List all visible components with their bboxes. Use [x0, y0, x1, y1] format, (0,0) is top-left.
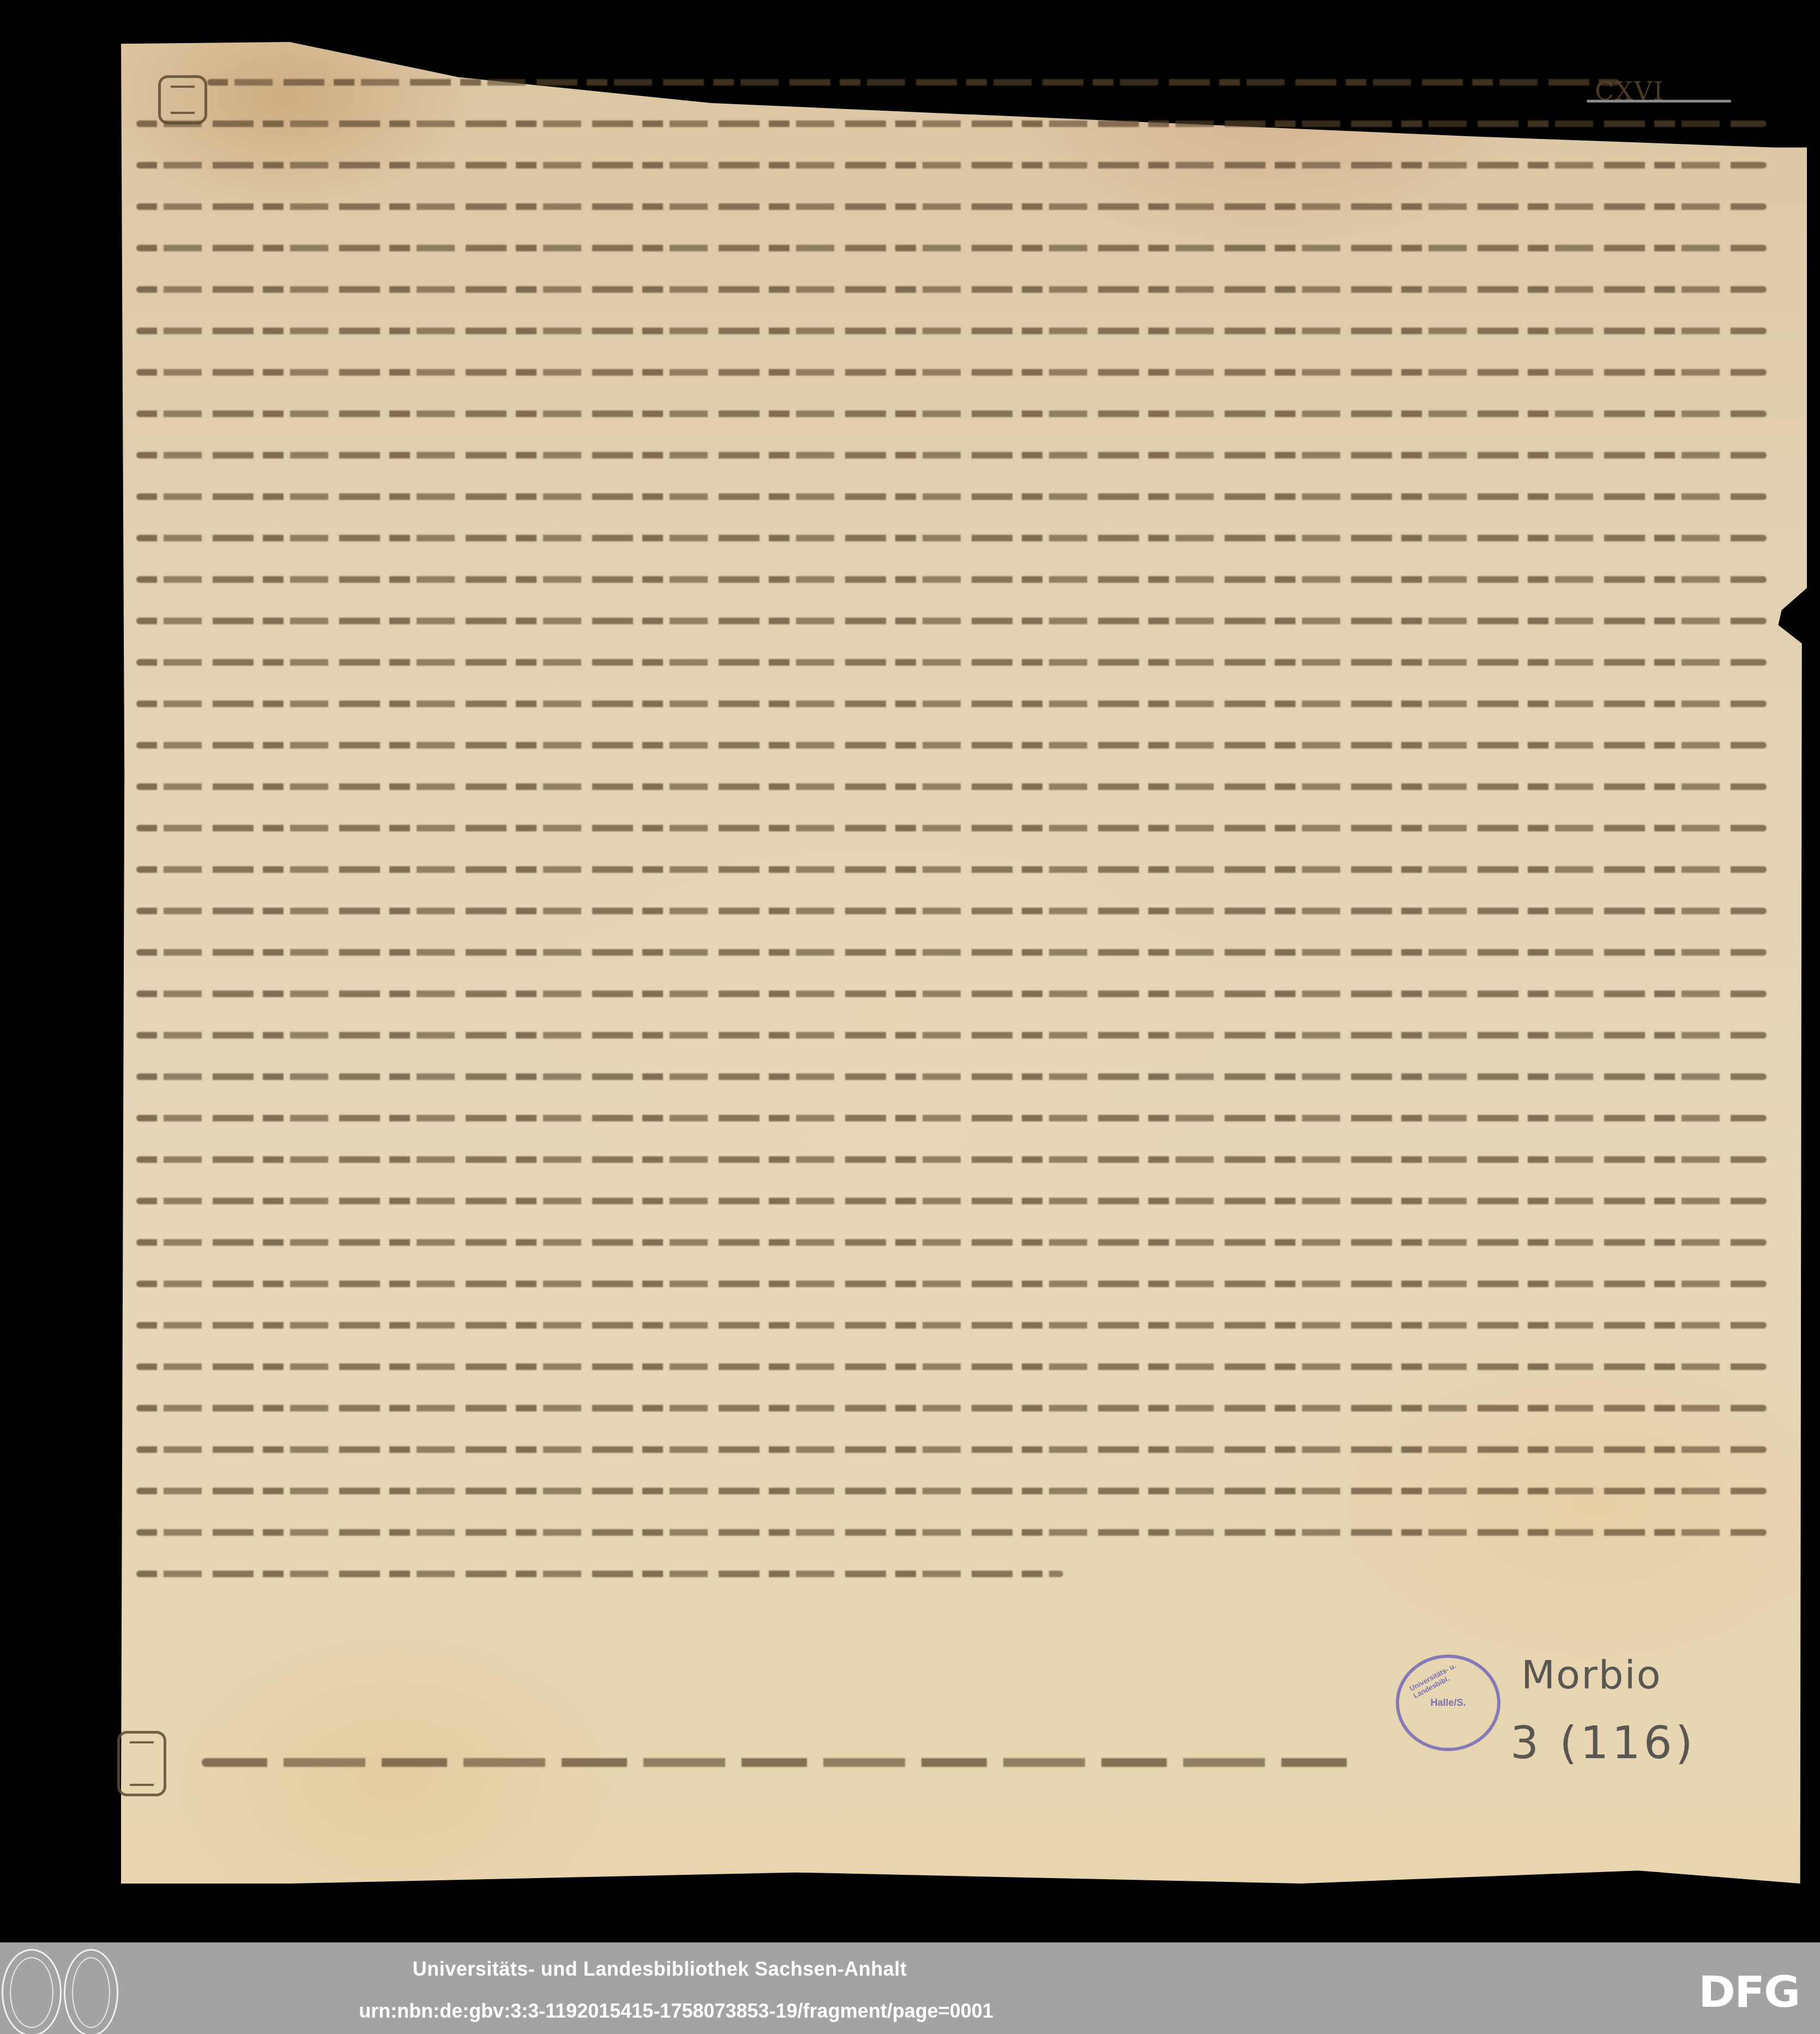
manuscript-line — [136, 328, 1767, 334]
manuscript-line — [136, 1405, 1767, 1411]
manuscript-line — [136, 1529, 1767, 1536]
manuscript-line — [136, 783, 1767, 790]
manuscript-line — [136, 1322, 1767, 1329]
scan-area: CXVI Universitäts- u. Landesbibl. Halle/… — [0, 0, 1820, 1942]
pencil-place-note: Morbio — [1521, 1652, 1662, 1698]
manuscript-line — [136, 1073, 1767, 1080]
institution-name: Universitäts- und Landesbibliothek Sachs… — [0, 1958, 1319, 1981]
manuscript-line — [136, 1156, 1767, 1163]
footer-bar: Universitäts- und Landesbibliothek Sachs… — [0, 1942, 1820, 2034]
manuscript-line — [136, 659, 1767, 666]
decorated-initial-subscription — [117, 1731, 166, 1796]
library-ownership-stamp: Universitäts- u. Landesbibl. Halle/S. — [1396, 1655, 1500, 1751]
manuscript-line — [136, 452, 1767, 458]
manuscript-line — [207, 79, 1619, 86]
manuscript-line — [136, 1239, 1767, 1246]
manuscript-line — [136, 286, 1767, 293]
manuscript-line — [136, 742, 1767, 749]
manuscript-line — [136, 535, 1767, 541]
manuscript-line — [136, 369, 1767, 376]
manuscript-line — [136, 618, 1767, 624]
manuscript-line — [136, 245, 1767, 251]
manuscript-line — [136, 411, 1767, 417]
manuscript-line — [136, 825, 1767, 831]
manuscript-line — [136, 1571, 1063, 1577]
manuscript-line — [136, 1488, 1767, 1494]
manuscript-line — [136, 866, 1767, 873]
manuscript-text-block — [136, 79, 1767, 1612]
manuscript-line — [136, 576, 1767, 583]
manuscript-line — [136, 991, 1767, 997]
manuscript-line — [136, 203, 1767, 210]
dfg-logo-icon: DFG — [1698, 1967, 1799, 2017]
manuscript-line — [136, 1446, 1767, 1453]
notary-subscription-line — [202, 1758, 1363, 1767]
manuscript-line — [136, 1115, 1767, 1121]
urn-identifier: urn:nbn:de:gbv:3:3-1192015415-1758073853… — [0, 2000, 1352, 2023]
manuscript-line — [136, 1032, 1767, 1039]
manuscript-line — [136, 120, 1767, 127]
manuscript-line — [136, 701, 1767, 707]
manuscript-line — [136, 1363, 1767, 1370]
manuscript-line — [136, 493, 1767, 500]
manuscript-line — [136, 162, 1767, 168]
manuscript-line — [136, 1281, 1767, 1287]
manuscript-line — [136, 908, 1767, 914]
manuscript-line — [136, 1198, 1767, 1204]
pencil-shelfmark: 3 (116) — [1510, 1717, 1696, 1769]
manuscript-line — [136, 949, 1767, 956]
stamp-center-text: Halle/S. — [1430, 1697, 1466, 1709]
